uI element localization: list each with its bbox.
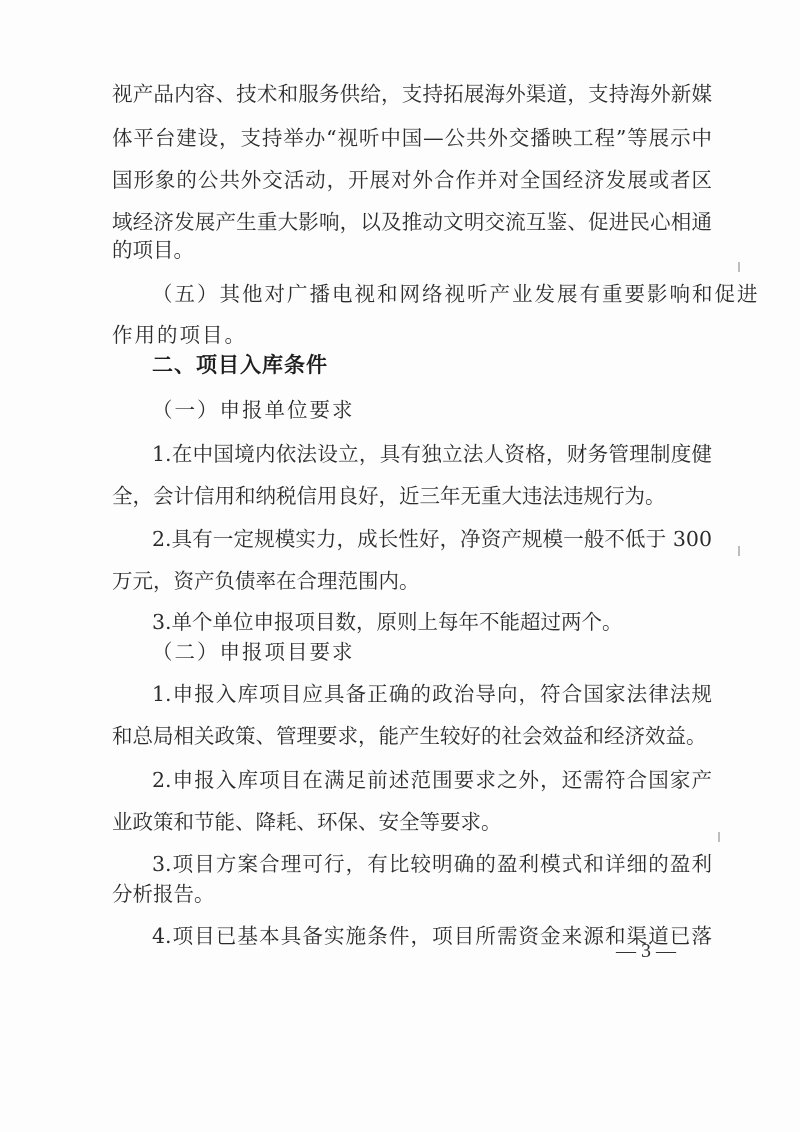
requirement-line: 业政策和节能、降耗、环保、安全等要求。 [112, 808, 712, 836]
item-five-line: （五）其他对广播电视和网络视听产业发展有重要影响和促进 [152, 280, 712, 308]
body-text-line: 视产品内容、技术和服务供给，支持拓展海外渠道，支持海外新媒 [112, 80, 712, 108]
body-text-line: 域经济发展产生重大影响，以及推动文明交流互鉴、促进民心相通 [112, 208, 712, 236]
requirement-line: 1.在中国境内依法设立，具有独立法人资格，财务管理制度健 [152, 440, 712, 468]
scan-mark [738, 262, 740, 272]
subsection-heading: （一）申报单位要求 [152, 396, 712, 424]
requirement-line: 全，会计信用和纳税信用良好，近三年无重大违法违规行为。 [112, 482, 712, 510]
requirement-line: 2.申报入库项目在满足前述范围要求之外，还需符合国家产 [152, 766, 712, 794]
requirement-line: 3.项目方案合理可行，有比较明确的盈利模式和详细的盈利 [152, 850, 712, 878]
page-number: — 3 — [616, 937, 676, 965]
document-page: 视产品内容、技术和服务供给，支持拓展海外渠道，支持海外新媒 体平台建设，支持举办… [0, 0, 800, 1132]
item-five-line: 作用的项目。 [112, 321, 712, 349]
body-text-line: 的项目。 [112, 236, 712, 264]
subsection-heading: （二）申报项目要求 [152, 638, 712, 666]
requirement-line: 2.具有一定规模实力，成长性好，净资产规模一般不低于 300 [152, 525, 712, 553]
scan-mark [738, 546, 740, 556]
requirement-line: 1.申报入库项目应具备正确的政治导向，符合国家法律法规 [152, 680, 712, 708]
requirement-line: 万元，资产负债率在合理范围内。 [112, 567, 712, 595]
requirement-line: 3.单个单位申报项目数，原则上每年不能超过两个。 [152, 608, 712, 636]
requirement-line: 分析报告。 [112, 880, 712, 908]
body-text-line: 体平台建设，支持举办“视听中国—公共外交播映工程”等展示中 [112, 124, 712, 152]
body-text-line: 国形象的公共外交活动，开展对外合作并对全国经济发展或者区 [112, 166, 712, 194]
scan-mark [718, 832, 720, 842]
requirement-line: 和总局相关政策、管理要求，能产生较好的社会效益和经济效益。 [112, 722, 712, 750]
section-heading: 二、项目入库条件 [152, 351, 712, 379]
